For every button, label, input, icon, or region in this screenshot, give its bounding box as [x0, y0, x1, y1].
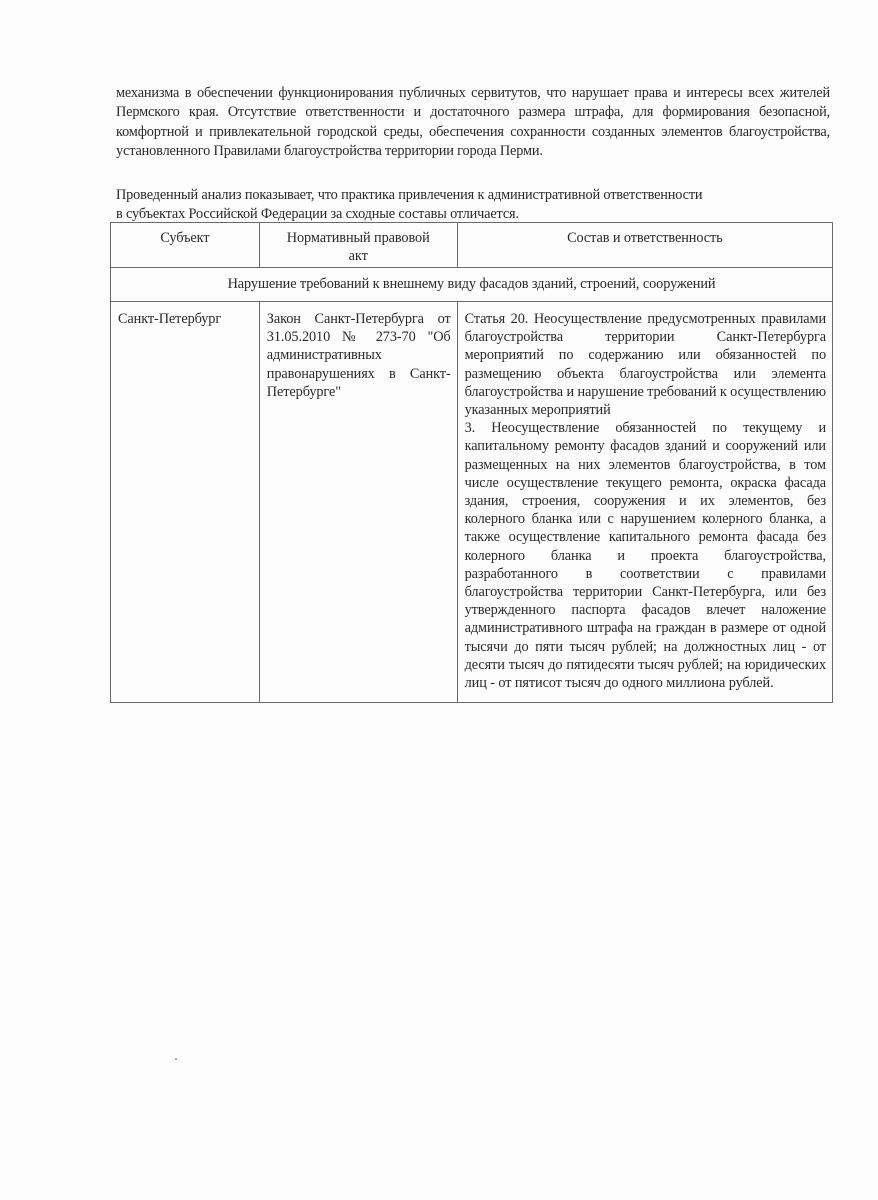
comparison-table: Субъект Нормативный правовой акт Состав … [110, 222, 833, 703]
header-act-label-2: акт [260, 247, 457, 265]
header-content: Состав и ответственность [457, 223, 832, 268]
section-title: Нарушение требований к внешнему виду фас… [111, 268, 833, 302]
content-article: Статья 20. Неосуществление предусмотренн… [465, 310, 826, 419]
cell-content: Статья 20. Неосуществление предусмотренн… [457, 302, 832, 703]
table-row: Санкт-Петербург Закон Санкт-Петербурга о… [111, 302, 833, 703]
act-text: Закон Санкт-Петербурга от 31.05.2010 № 2… [267, 310, 451, 401]
scan-speck [175, 1058, 177, 1060]
header-subject-label: Субъект [111, 229, 259, 247]
analysis-paragraph: Проведенный анализ показывает, что практ… [116, 186, 830, 225]
cell-act: Закон Санкт-Петербурга от 31.05.2010 № 2… [259, 302, 457, 703]
cell-subject: Санкт-Петербург [111, 302, 260, 703]
analysis-line-1: Проведенный анализ показывает, что практ… [116, 186, 830, 205]
table-section-row: Нарушение требований к внешнему виду фас… [111, 268, 833, 302]
header-act-label-1: Нормативный правовой [260, 229, 457, 247]
header-act: Нормативный правовой акт [259, 223, 457, 268]
header-content-label: Состав и ответственность [458, 229, 832, 247]
header-subject: Субъект [111, 223, 260, 268]
content-clause-3: 3. Неосуществление обязанностей по текущ… [465, 419, 826, 692]
table-header-row: Субъект Нормативный правовой акт Состав … [111, 223, 833, 268]
intro-paragraph: механизма в обеспечении функционирования… [116, 84, 830, 162]
document-page: механизма в обеспечении функционирования… [0, 0, 878, 1200]
